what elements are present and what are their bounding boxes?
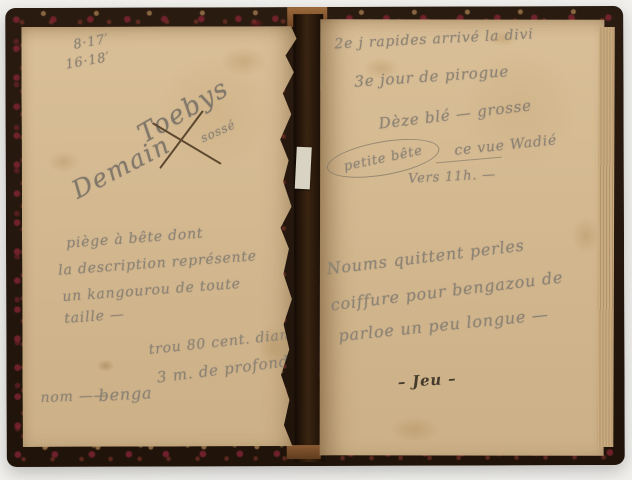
tape-fragment: [295, 147, 312, 190]
foxing-spot: [92, 357, 118, 375]
handwriting-paragraph-line: taille —: [64, 307, 126, 327]
handwriting-grosse-line: Dèze blé — grosse: [378, 96, 533, 132]
book-cover: 8·17′ 16·18′ Toebys Demain sossé piège à…: [5, 6, 625, 467]
handwriting-vue-line: ce vue Wadié: [454, 132, 558, 159]
handwriting-paragraph-line: un kangourou de toute: [62, 276, 242, 305]
handwriting-paragraph-line: piège à bête dont: [66, 226, 204, 252]
handwriting-small-word: sossé: [198, 117, 237, 145]
handwriting-jeu-word: – Jeu –: [397, 369, 457, 391]
handwriting-rapides-line: 2e j rapides arrivé la divi: [334, 26, 534, 52]
oval-tail-line: [436, 157, 502, 164]
stacked-page-edges: [597, 27, 614, 447]
handwriting-measurement-line: 3 m. de profond: [156, 352, 290, 387]
handwriting-paragraph-line: Noums quittent perles: [326, 236, 526, 279]
right-page: 2e j rapides arrivé la divi 3e jour de p…: [320, 19, 605, 455]
paper-stain: [380, 411, 450, 447]
notebook-photo: 8·17′ 16·18′ Toebys Demain sossé piège à…: [0, 0, 632, 480]
handwriting-page-number-bottom: 16·18′: [64, 50, 111, 73]
left-page: 8·17′ 16·18′ Toebys Demain sossé piège à…: [21, 26, 300, 447]
spine-bottom-leather: [287, 445, 321, 459]
handwriting-time-line: Vers 11h. —: [408, 167, 497, 186]
handwriting-paragraph-line: parloe un peu longue —: [337, 305, 549, 346]
handwriting-circled-word: petite bête: [342, 143, 424, 174]
handwriting-paragraph-line: la description représente: [58, 248, 258, 279]
handwriting-name-benga: benga: [98, 383, 153, 405]
handwriting-pirogue-line: 3e jour de pirogue: [354, 62, 510, 90]
